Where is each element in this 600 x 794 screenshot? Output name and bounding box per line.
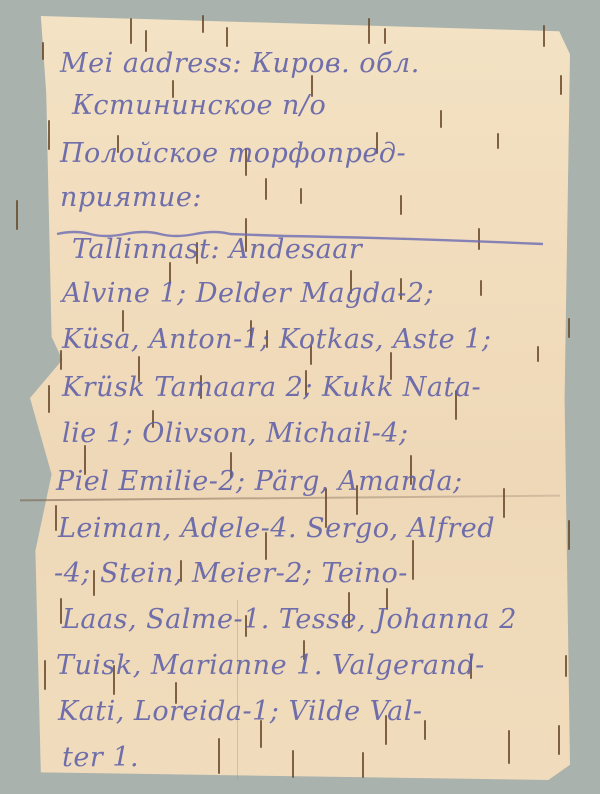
text-line: Alvine 1; Delder Magda-2;: [62, 278, 434, 309]
text-line: Laas, Salme-1. Tesse, Johanna 2: [62, 604, 517, 635]
text-line: Küsa, Anton-1; Kotkas, Aste 1;: [62, 324, 492, 355]
text-line: lie 1; Olivson, Michail-4;: [62, 418, 409, 449]
text-line: Piel Emilie-2; Pärg, Amanda;: [56, 466, 463, 497]
text-line: Krüsk Tamaara 2; Kukk Nata-: [62, 372, 481, 403]
text-line: Mei aadress: Киров. обл.: [60, 48, 420, 79]
text-line: Tuisk, Marianne 1. Valgerand-: [56, 650, 485, 681]
text-line: Leiman, Adele-4. Sergo, Alfred: [58, 513, 495, 544]
text-line: ter 1.: [62, 742, 139, 773]
text-line: Кстининское п/о: [72, 90, 326, 121]
text-line: Kati, Loreida-1; Vilde Val-: [58, 696, 423, 727]
text-line: Tallinnast: Andesaar: [72, 234, 362, 265]
text-line: Полойское торфопред-: [60, 138, 406, 169]
text-line: приятие:: [60, 182, 202, 213]
text-line: -4; Stein, Meier-2; Teino-: [54, 558, 408, 589]
